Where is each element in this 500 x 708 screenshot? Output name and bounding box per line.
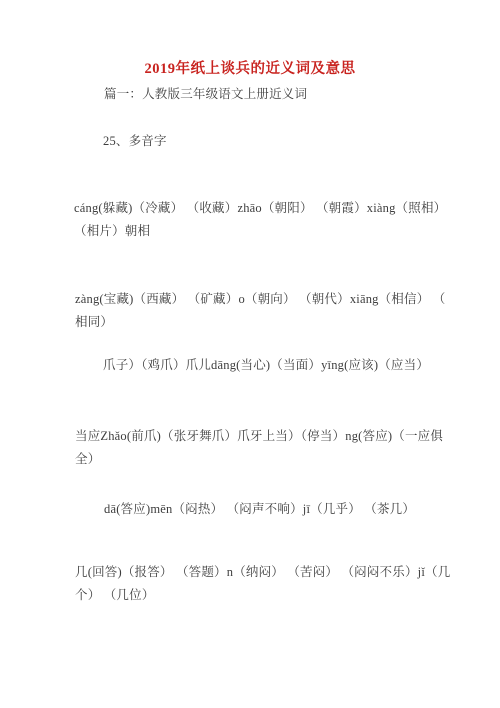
- paragraph-line: dā(答应)mēn（闷热） （闷声不响）jī（几乎） （茶几）: [104, 498, 415, 521]
- paragraph-line: 当应Zhǎo(前爪)（张牙舞爪）爪牙上当）（停当）ng(答应)（一应俱: [75, 425, 443, 448]
- paragraph-line: 几(回答)（报答） （答题）n（纳闷） （苦闷） （闷闷不乐）jǐ（几: [75, 561, 450, 584]
- paragraph-pinyin-ji: 几(回答)（报答） （答题）n（纳闷） （苦闷） （闷闷不乐）jǐ（几 个） （…: [75, 561, 450, 607]
- section-heading: 25、多音字: [103, 131, 167, 151]
- paragraph-line: cáng(躲藏)（冷藏） （收藏）zhāo（朝阳） （朝霞）xiàng（照相）: [74, 197, 446, 220]
- document-title: 2019年纸上谈兵的近义词及意思: [0, 58, 500, 80]
- paragraph-pinyin-zhao: 当应Zhǎo(前爪)（张牙舞爪）爪牙上当）（停当）ng(答应)（一应俱 全）: [75, 425, 443, 471]
- paragraph-pinyin-zang: zàng(宝藏)（西藏） （矿藏）o（朝向） （朝代）xiāng（相信） （ 相…: [75, 288, 445, 334]
- document-page: 2019年纸上谈兵的近义词及意思 篇一：人教版三年级语文上册近义词 25、多音字…: [0, 0, 500, 708]
- document-subtitle: 篇一：人教版三年级语文上册近义词: [104, 84, 307, 104]
- paragraph-line: 个） （几位）: [75, 584, 450, 607]
- paragraph-pinyin-da-men: dā(答应)mēn（闷热） （闷声不响）jī（几乎） （茶几）: [104, 498, 415, 521]
- paragraph-line: zàng(宝藏)（西藏） （矿藏）o（朝向） （朝代）xiāng（相信） （: [75, 288, 445, 311]
- paragraph-line: 爪子）（鸡爪）爪儿dāng(当心)（当面）yīng(应该)（应当）: [103, 354, 429, 377]
- paragraph-line: 全）: [75, 448, 443, 471]
- paragraph-pinyin-dang: 爪子）（鸡爪）爪儿dāng(当心)（当面）yīng(应该)（应当）: [103, 354, 429, 377]
- paragraph-pinyin-cang: cáng(躲藏)（冷藏） （收藏）zhāo（朝阳） （朝霞）xiàng（照相） …: [74, 197, 446, 243]
- paragraph-line: （相片）朝相: [74, 220, 446, 243]
- paragraph-line: 相同）: [75, 311, 445, 334]
